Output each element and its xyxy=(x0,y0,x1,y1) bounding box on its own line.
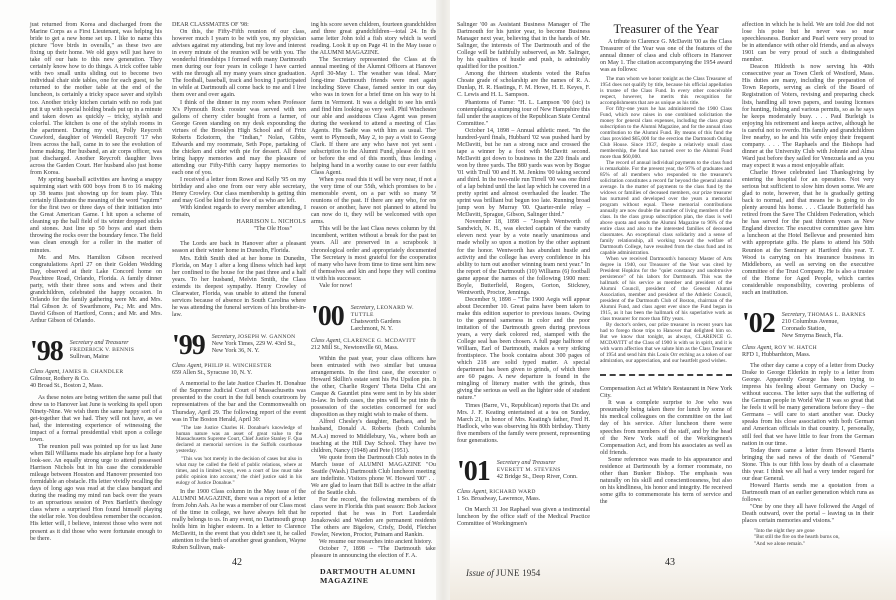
paragraph: ing his score seven children, fourteen g… xyxy=(311,22,438,57)
class-agent-info: Class Agent, ROY W. HATCH RFD 1, Hubbard… xyxy=(742,345,874,359)
class-agent-info: Class Agent, RICHARD WARD 1 So. Broadway… xyxy=(457,489,590,503)
paragraph: A memorial to the late Justice Charles H… xyxy=(172,381,306,423)
paragraph: Charlie Howe celebrated last Thanksgivin… xyxy=(742,170,874,297)
paragraph: Times (Barre, Vt., Republican) reports t… xyxy=(457,403,590,445)
column-2: DEAR CLASSMATES OF '98: On this, the Fif… xyxy=(172,22,306,552)
paragraph: Alfred Chesley's daughter, Barbara, and … xyxy=(311,419,438,454)
class-year: '02 xyxy=(742,311,775,337)
paragraph: Vale for now! xyxy=(311,283,438,290)
paragraph: October 7, 1898 – "The Dartmouth takes p… xyxy=(311,546,438,560)
class-heading-00: '00 Secretary, LEONARD W. TUTTLE Chatswo… xyxy=(311,304,438,334)
paragraph: This will be the last Class news column … xyxy=(311,226,438,282)
sidebar-intro: A tribute to Clarence G. McDavitt '00 as… xyxy=(600,39,732,74)
paragraph: October 14, 1898 – Annual athletic meet.… xyxy=(457,128,590,220)
letter-signature-nickname: "The Ole Hoss" xyxy=(172,226,306,233)
paragraph: affection in which he is held. We are to… xyxy=(742,22,874,64)
paragraph: I think of the dinner in my room when Pr… xyxy=(172,100,306,178)
column-4: Salinger '00 as Assistant Business Manag… xyxy=(457,22,590,528)
class-secretary-info: Secretary and Treasurer FREDERICK V. BEN… xyxy=(70,339,134,362)
class-heading-01: '01 Secretary and Treasurer EVERETT M. S… xyxy=(457,459,590,485)
class-heading-98: '98 Secretary and Treasurer FREDERICK V.… xyxy=(30,339,162,365)
class-year: '98 xyxy=(30,339,63,365)
paragraph: As these notes are being written the sam… xyxy=(30,395,162,444)
issue-date-footer: Issue of JUNE 1954 xyxy=(466,568,540,578)
paragraph: With kindest regards to every member att… xyxy=(172,205,306,219)
class-agent-info: Class Agent, PHILIP H. WINCHESTER 659 Al… xyxy=(172,363,306,377)
page-number: 43 xyxy=(665,557,675,568)
paragraph: In the 1900 Class column in the May issu… xyxy=(172,489,306,552)
paragraph: "One by one they all have followed the A… xyxy=(742,504,874,525)
paragraph: I received a letter from Rowe and Kelly … xyxy=(172,177,306,205)
page-number: 42 xyxy=(232,557,242,568)
citation-text: The man whom we honor tonight as the Cla… xyxy=(600,76,732,364)
left-page: just returned from Korea and discharged … xyxy=(0,0,440,600)
block-quote: "This was 'not merely in the decision of… xyxy=(176,457,302,487)
paragraph: Compensation Act at White's Restaurant i… xyxy=(600,386,732,400)
paragraph: Salinger '00 as Assistant Business Manag… xyxy=(457,22,590,71)
column-5: Treasurer of the Year A tribute to Clare… xyxy=(600,22,732,506)
paragraph: November 18, 1898 – "Joseph Wentworth of… xyxy=(457,219,590,297)
class-year: '01 xyxy=(457,459,490,485)
class-heading-99: '99 Secretary, JOSEPH W. GANNON New York… xyxy=(172,333,306,359)
paragraph: When you read this it will be very near,… xyxy=(311,177,438,226)
class-agent-info: Class Agent, JAMES B. CHANDLER Gilmour, … xyxy=(30,369,162,391)
paragraph: The Lords are back in Hanover after a pl… xyxy=(172,241,306,255)
paragraph: For the record, the following members of… xyxy=(311,497,438,539)
class-secretary-info: Secretary, THOMAS L. BARNES 210 Columbus… xyxy=(782,311,866,341)
paragraph: Phantoms of Fame: "H. L. Lampson '00 (si… xyxy=(457,100,590,128)
paragraph: My spring baseball activities are having… xyxy=(30,177,162,255)
paragraph: On this, the Fifty-Fifth reunion of our … xyxy=(172,29,306,99)
column-3: ing his score seven children, fourteen g… xyxy=(311,22,438,560)
paragraph: Within the past year, your class officer… xyxy=(311,356,438,419)
class-heading-02: '02 Secretary, THOMAS L. BARNES 210 Colu… xyxy=(742,311,874,341)
paragraph: On March 31 Joe Raphael was given a test… xyxy=(457,507,590,528)
section-divider xyxy=(600,374,732,376)
letter-signature: HARRISON L. NICHOLS xyxy=(172,219,306,226)
sidebar-title: Treasurer of the Year xyxy=(600,22,732,36)
paragraph: It was a complete surprise to Joe who wa… xyxy=(600,400,732,456)
paragraph: Among the thirteen students voted the Ru… xyxy=(457,71,590,99)
paragraph: We resume our researches into ancient hi… xyxy=(311,539,438,546)
paragraph: Howard Harris sends me a quotation from … xyxy=(742,483,874,504)
magazine-title-footer: DARTMOUTH ALUMNI MAGAZINE xyxy=(320,567,440,585)
paragraph: December 9, 1898 – "The 1900 Aegis will … xyxy=(457,297,590,403)
paragraph: The Secretary represented the Class at t… xyxy=(311,57,438,177)
paragraph: just returned from Korea and discharged … xyxy=(30,22,162,177)
class-agent-info: Class Agent, CLARENCE G. MCDAVITT 212 Mi… xyxy=(311,338,438,352)
paragraph: Mr. and Mrs. Hamilton Gibson received co… xyxy=(30,255,162,325)
paragraph: Deacon Hildreth is now serving his 40th … xyxy=(742,64,874,170)
paragraph: Mrs. Edith Smith died at her home in Dun… xyxy=(172,256,306,319)
class-secretary-info: Secretary, JOSEPH W. GANNON New York Tim… xyxy=(212,333,296,356)
block-quote: "The late Justice Charles H. Donahue's k… xyxy=(176,426,302,456)
class-year: '00 xyxy=(311,304,344,330)
column-6: affection in which he is held. We are to… xyxy=(742,22,874,547)
paragraph: Some reference was made to his appearanc… xyxy=(600,457,732,506)
verse-quote: "Into the night they are gone "But still… xyxy=(754,528,874,547)
paragraph: The other day came a copy of a letter fr… xyxy=(742,363,874,448)
class-secretary-info: Secretary, LEONARD W. TUTTLE Chatsworth … xyxy=(351,304,438,334)
letter-salutation: DEAR CLASSMATES OF '98: xyxy=(172,22,306,29)
class-secretary-info: Secretary and Treasurer EVERETT M. STEVE… xyxy=(497,459,578,482)
paragraph: We quote from the Dartmouth Club notes i… xyxy=(311,455,438,497)
class-year: '99 xyxy=(172,333,205,359)
column-1: just returned from Korea and discharged … xyxy=(30,22,162,543)
paragraph: The reunion pull was pointed up for us l… xyxy=(30,444,162,543)
paragraph: Today there came a letter from Howard Ha… xyxy=(742,448,874,483)
